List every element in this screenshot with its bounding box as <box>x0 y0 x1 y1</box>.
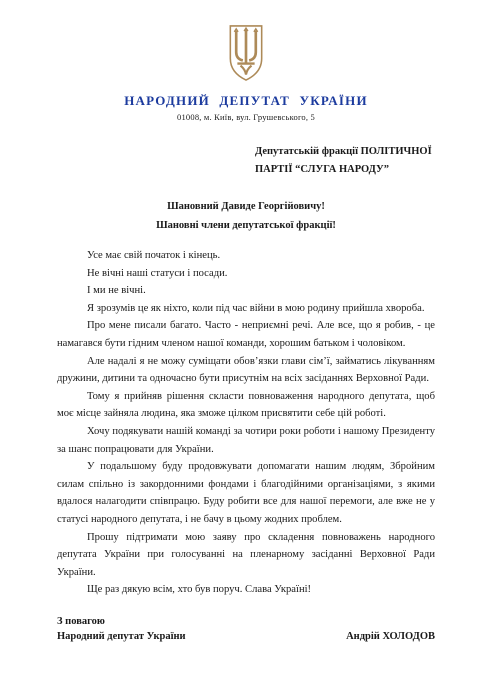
letter-paragraph: Про мене писали багато. Часто - неприємн… <box>57 317 435 352</box>
salutation-block: Шановний Давиде Георгійовичу! Шановні чл… <box>57 198 435 235</box>
letter-paragraph: Не вічні наші статуси і посади. <box>57 265 435 283</box>
letter-paragraph: Я зрозумів це як ніхто, коли під час вій… <box>57 300 435 318</box>
letter-paragraph: Ще раз дякую всім, хто був поруч. Слава … <box>57 581 435 599</box>
ukraine-trident-emblem-icon <box>222 24 270 82</box>
letter-paragraph: Тому я прийняв рішення скласти повноваже… <box>57 388 435 423</box>
letter-page: НАРОДНИЙ ДЕПУТАТ УКРАЇНИ 01008, м. Київ,… <box>0 0 484 681</box>
letter-paragraph: У подальшому буду продовжувати допомагат… <box>57 458 435 528</box>
letter-paragraph: Прошу підтримати мою заяву про складення… <box>57 529 435 582</box>
organization-address: 01008, м. Київ, вул. Грушевського, 5 <box>57 112 435 122</box>
letterhead: НАРОДНИЙ ДЕПУТАТ УКРАЇНИ 01008, м. Київ,… <box>57 24 435 122</box>
signature-closing: З повагою <box>57 614 435 630</box>
salutation-line-1: Шановний Давиде Георгійовичу! <box>57 198 435 217</box>
recipient-line-1: Депутатській фракції ПОЛІТИЧНОЇ <box>255 143 435 161</box>
letter-paragraph: І ми не вічні. <box>57 282 435 300</box>
letter-paragraph: Але надалі я не можу суміщати обов’язки … <box>57 353 435 388</box>
signatory-position: Народний депутат України <box>57 629 186 645</box>
signature-row: Народний депутат України Андрій ХОЛОДОВ <box>57 629 435 645</box>
signatory-name: Андрій ХОЛОДОВ <box>346 629 435 645</box>
letter-body: Усе має свій початок і кінець. Не вічні … <box>57 247 435 599</box>
signature-block: З повагою Народний депутат України Андрі… <box>57 614 435 645</box>
recipient-block: Депутатській фракції ПОЛІТИЧНОЇ ПАРТІЇ “… <box>255 143 435 179</box>
salutation-line-2: Шановні члени депутатської фракції! <box>57 217 435 236</box>
letter-paragraph: Хочу подякувати нашій команді за чотири … <box>57 423 435 458</box>
letter-paragraph: Усе має свій початок і кінець. <box>57 247 435 265</box>
recipient-line-2: ПАРТІЇ “СЛУГА НАРОДУ” <box>255 161 435 179</box>
organization-title: НАРОДНИЙ ДЕПУТАТ УКРАЇНИ <box>57 93 435 109</box>
